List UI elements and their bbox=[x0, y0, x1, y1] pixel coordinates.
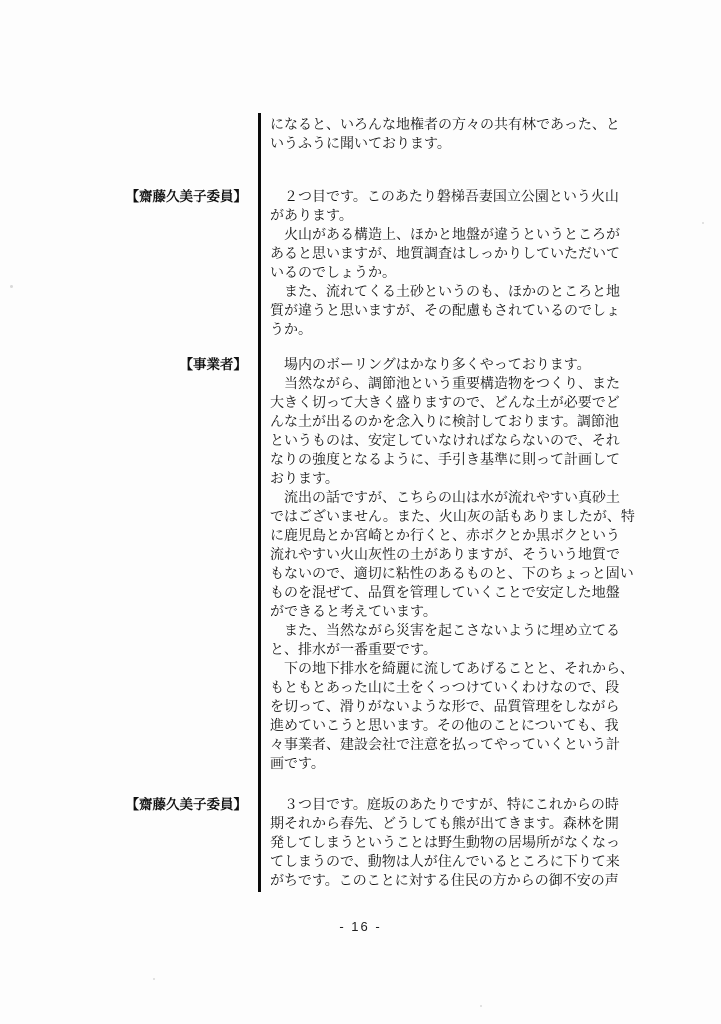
text-line: あると思いますが、地質調査はしっかりしていただいて bbox=[270, 244, 620, 263]
speech-text: ３つ目です。庭坂のあたりですが、特にこれからの時期それから春先、どうしても熊が出… bbox=[259, 795, 620, 890]
text-line: いうふうに聞いております。 bbox=[270, 134, 620, 153]
speech-section: になると、いろんな地権者の方々の共有林であった、というふうに聞いております。 bbox=[0, 115, 721, 153]
text-line: 期それから春先、どうしても熊が出てきます。森林を開 bbox=[270, 814, 620, 833]
text-line: また、流れてくる土砂というのも、ほかのところと地 bbox=[270, 282, 620, 301]
text-line: 々事業者、建設会社で注意を払ってやっていくという計 bbox=[270, 735, 635, 754]
text-line: 発してしまうということは野生動物の居場所がなくなっ bbox=[270, 833, 620, 852]
text-line: に鹿児島とか宮崎とか行くと、赤ボクとか黒ボクという bbox=[270, 526, 635, 545]
text-line: 流出の話ですが、こちらの山は水が流れやすい真砂土 bbox=[270, 488, 635, 507]
text-line: うか。 bbox=[270, 320, 620, 339]
text-line: もともとあった山に土をくっつけていくわけなので、段 bbox=[270, 678, 635, 697]
text-line: おります。 bbox=[270, 469, 635, 488]
text-line: また、当然ながら災害を起こさないように埋め立てる bbox=[270, 621, 635, 640]
text-line: がちです。このことに対する住民の方からの御不安の声 bbox=[270, 871, 620, 890]
speech-section: 【事業者】 場内のボーリングはかなり多くやっております。 当然ながら、調節池とい… bbox=[0, 355, 721, 773]
text-line: というものは、安定していなければならないので、それ bbox=[270, 431, 635, 450]
text-line: いるのでしょうか。 bbox=[270, 263, 620, 282]
text-line: を切って、滑りがないような形で、品質管理をしながら bbox=[270, 697, 635, 716]
speech-section: 【齋藤久美子委員】 ３つ目です。庭坂のあたりですが、特にこれからの時期それから春… bbox=[0, 795, 721, 890]
text-line: 下の地下排水を綺麗に流してあげることと、それから、 bbox=[270, 659, 635, 678]
speech-text: 場内のボーリングはかなり多くやっております。 当然ながら、調節池という重要構造物… bbox=[259, 355, 635, 773]
text-line: 大きく切って大きく盛りますので、どんな土が必要でど bbox=[270, 393, 635, 412]
text-line: ２つ目です。このあたり磐梯吾妻国立公園という火山 bbox=[270, 187, 620, 206]
text-line: 火山がある構造上、ほかと地盤が違うというところが bbox=[270, 225, 620, 244]
text-line: ができると考えています。 bbox=[270, 602, 635, 621]
speaker-label: 【事業者】 bbox=[0, 355, 259, 374]
speech-section: 【齋藤久美子委員】 ２つ目です。このあたり磐梯吾妻国立公園という火山があります。… bbox=[0, 187, 721, 339]
text-line: 場内のボーリングはかなり多くやっております。 bbox=[270, 355, 635, 374]
text-line: と、排水が一番重要です。 bbox=[270, 640, 635, 659]
text-line: 進めていこうと思います。その他のことについても、我 bbox=[270, 716, 635, 735]
text-line: ものを混ぜて、品質を管理していくことで安定した地盤 bbox=[270, 583, 635, 602]
text-line: ３つ目です。庭坂のあたりですが、特にこれからの時 bbox=[270, 795, 620, 814]
speaker-label: 【齋藤久美子委員】 bbox=[0, 795, 259, 814]
text-line: 画です。 bbox=[270, 754, 635, 773]
text-line: なりの強度となるように、手引き基準に則って計画して bbox=[270, 450, 635, 469]
speech-text: になると、いろんな地権者の方々の共有林であった、というふうに聞いております。 bbox=[259, 115, 620, 153]
document-body: になると、いろんな地権者の方々の共有林であった、というふうに聞いております。 【… bbox=[0, 115, 721, 890]
text-line: んな土が出るのかを念入りに検討しております。調節池 bbox=[270, 412, 635, 431]
text-line: 質が違うと思いますが、その配慮もされているのでしょ bbox=[270, 301, 620, 320]
scan-speck bbox=[153, 978, 155, 980]
text-line: 当然ながら、調節池という重要構造物をつくり、また bbox=[270, 374, 635, 393]
text-line: もないので、適切に粘性のあるものと、下のちょっと固い bbox=[270, 564, 635, 583]
document-page: になると、いろんな地権者の方々の共有林であった、というふうに聞いております。 【… bbox=[0, 0, 721, 1024]
scan-speck bbox=[10, 285, 13, 288]
speech-text: ２つ目です。このあたり磐梯吾妻国立公園という火山があります。 火山がある構造上、… bbox=[259, 187, 620, 339]
page-number: - 16 - bbox=[0, 919, 721, 934]
text-line: があります。 bbox=[270, 206, 620, 225]
scan-speck bbox=[702, 222, 704, 224]
text-line: ではございません。また、火山灰の話もありましたが、特 bbox=[270, 507, 635, 526]
text-line: てしまうので、動物は人が住んでいるところに下りて来 bbox=[270, 852, 620, 871]
text-line: 流れやすい火山灰性の土がありますが、そういう地質で bbox=[270, 545, 635, 564]
text-line: になると、いろんな地権者の方々の共有林であった、と bbox=[270, 115, 620, 134]
speaker-label: 【齋藤久美子委員】 bbox=[0, 187, 259, 206]
scan-speck bbox=[480, 1005, 482, 1007]
